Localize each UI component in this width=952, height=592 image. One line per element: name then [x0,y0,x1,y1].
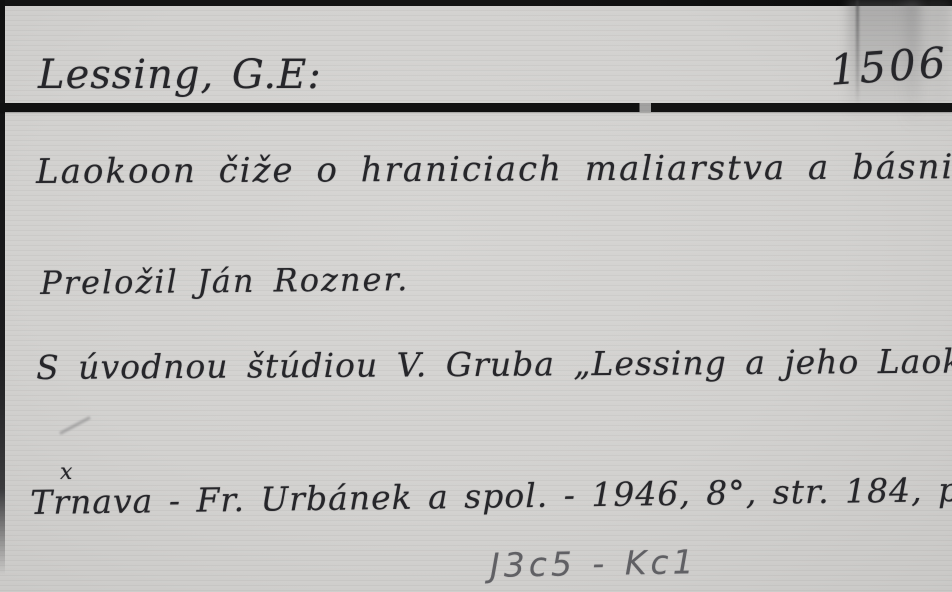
author-heading: Lessing, G.E: [38,52,322,98]
card-number: 1506 [828,38,950,95]
catalog-card: Lessing, G.E: 1506 Laokoon čiže o hranic… [0,0,952,592]
translator-line: Preložil Ján Rozner. [40,260,410,302]
imprint-line: Trnava - Fr. Urbánek a spol. - 1946, 8°,… [30,469,952,522]
x-mark: x [60,460,72,485]
stray-pencil-mark [59,416,90,435]
card-top-edge [0,0,952,6]
divider-rule [0,103,952,112]
card-left-edge [0,0,5,575]
title-line: Laokoon čiže o hraniciach maliarstva a b… [36,147,952,192]
note-line: S úvodnou štúdiou V. Gruba „Lessing a je… [36,341,952,387]
call-number: J3c5 - Kc1 [490,542,698,585]
